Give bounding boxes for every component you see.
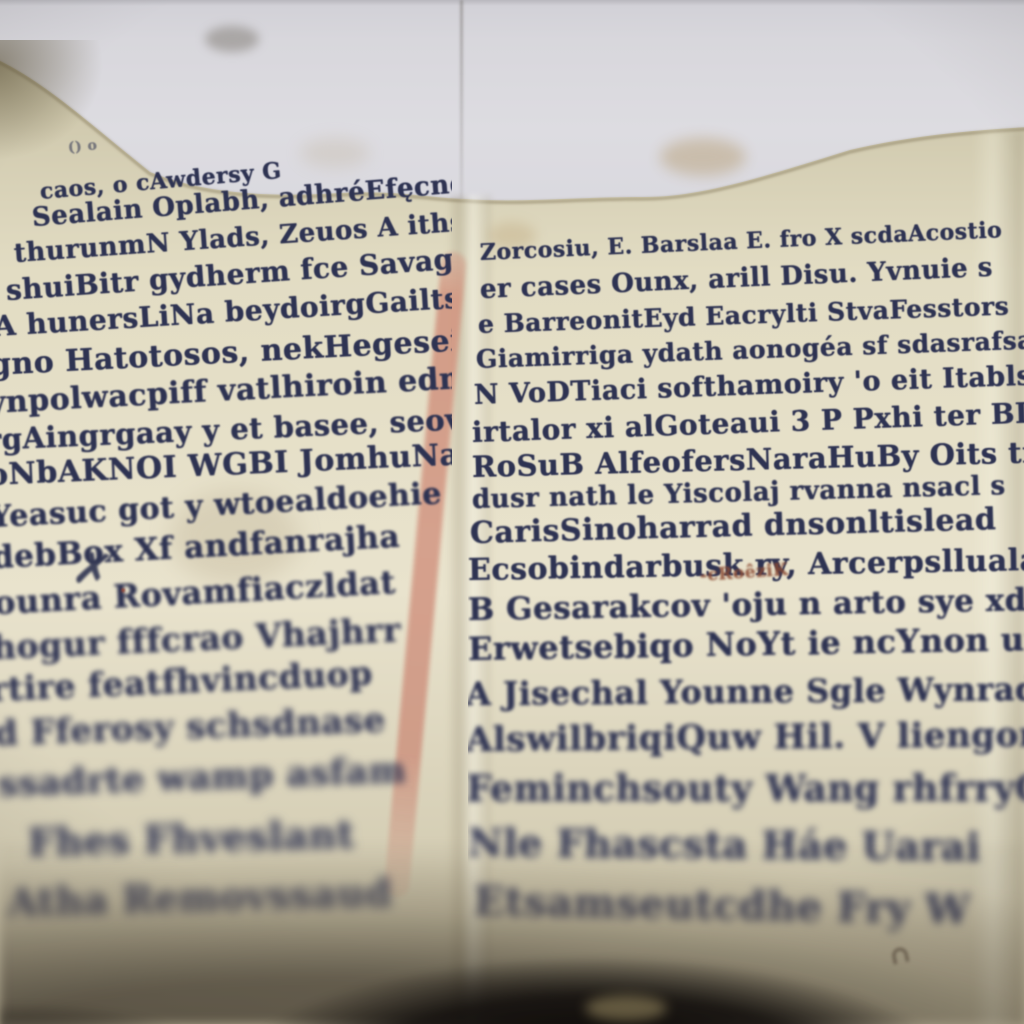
table-highlight bbox=[585, 995, 667, 1021]
manuscript-text-line: • bbox=[120, 586, 127, 597]
manuscript-text-line: -cRoêziK bbox=[699, 560, 789, 586]
manuscript-text-line: ✗ bbox=[68, 539, 117, 600]
table-shadow bbox=[0, 914, 1024, 1024]
manuscript-photo: () ocaos, o cAwdersy GSealain Oplabh, ad… bbox=[0, 0, 1024, 1024]
